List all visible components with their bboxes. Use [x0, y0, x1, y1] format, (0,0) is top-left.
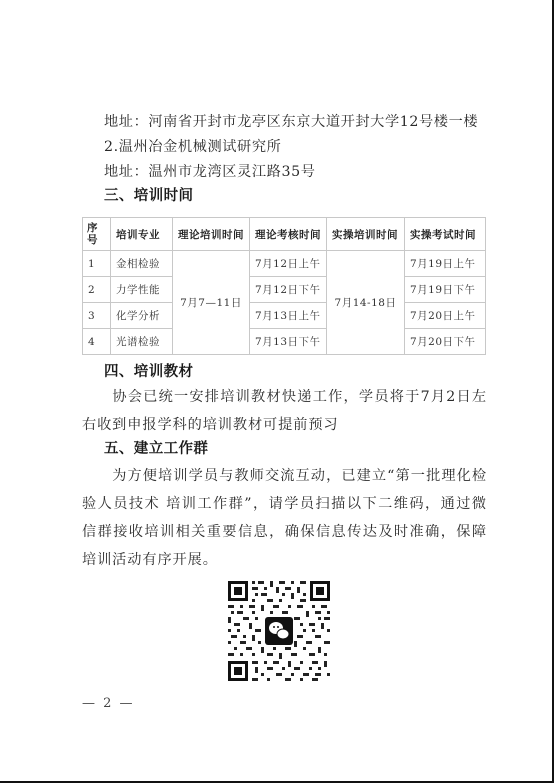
header-seq: 序号: [83, 218, 111, 251]
cell-theory-exam: 7月13日下午: [250, 329, 327, 355]
header-practical-training: 实操培训时间: [327, 218, 405, 251]
section-5-body: 为方便培训学员与教师交流互动，已建立“第一批理化检验人员技术 培训工作群”，请学…: [82, 462, 487, 574]
cell-practical-exam: 7月19日下午: [405, 277, 486, 303]
cell-practical-exam: 7月20日下午: [405, 329, 486, 355]
header-theory-exam: 理论考核时间: [250, 218, 327, 251]
address-line-1: 地址：河南省开封市龙亭区东京大道开封大学12号楼一楼: [104, 112, 478, 132]
wechat-qr-code-icon: [222, 576, 336, 686]
section-4-heading: 四、培训教材: [104, 362, 193, 382]
cell-practical-training-merged: 7月14-18日: [327, 251, 405, 355]
cell-theory-training-merged: 7月7—11日: [173, 251, 250, 355]
section-4-text: 协会已统一安排培训教材快递工作，学员将于7月2日左右收到申报学科的培训教材可提前…: [82, 389, 487, 433]
table-row: 2 力学性能 7月12日下午 7月19日下午: [83, 277, 486, 303]
page-number: — 2 —: [82, 696, 135, 711]
cell-subject: 光谱检验: [111, 329, 173, 355]
cell-theory-exam: 7月13日上午: [250, 303, 327, 329]
cell-theory-exam: 7月12日上午: [250, 251, 327, 277]
organization-2-name: 2.温州冶金机械测试研究所: [104, 137, 281, 157]
section-3-heading: 三、培训时间: [104, 186, 193, 206]
cell-theory-exam: 7月12日下午: [250, 277, 327, 303]
cell-subject: 力学性能: [111, 277, 173, 303]
table-row: 3 化学分析 7月13日上午 7月20日上午: [83, 303, 486, 329]
cell-practical-exam: 7月19日上午: [405, 251, 486, 277]
header-theory-training: 理论培训时间: [173, 218, 250, 251]
cell-subject: 金相检验: [111, 251, 173, 277]
document-page: 地址：河南省开封市龙亭区东京大道开封大学12号楼一楼 2.温州冶金机械测试研究所…: [0, 0, 554, 783]
header-practical-exam: 实操考试时间: [405, 218, 486, 251]
cell-practical-exam: 7月20日上午: [405, 303, 486, 329]
section-4-body: 协会已统一安排培训教材快递工作，学员将于7月2日左右收到申报学科的培训教材可提前…: [82, 383, 487, 439]
cell-no: 2: [83, 277, 111, 303]
cell-no: 1: [83, 251, 111, 277]
header-subject: 培训专业: [111, 218, 173, 251]
cell-subject: 化学分析: [111, 303, 173, 329]
section-5-heading: 五、建立工作群: [104, 439, 208, 459]
cell-no: 4: [83, 329, 111, 355]
table-row: 1 金相检验 7月7—11日 7月12日上午 7月14-18日 7月19日上午: [83, 251, 486, 277]
address-line-2: 地址：温州市龙湾区灵江路35号: [104, 162, 316, 182]
section-5-text: 为方便培训学员与教师交流互动，已建立“第一批理化检验人员技术 培训工作群”，请学…: [82, 468, 487, 568]
cell-no: 3: [83, 303, 111, 329]
training-schedule-table: 序号 培训专业 理论培训时间 理论考核时间 实操培训时间 实操考试时间 1 金相…: [82, 217, 486, 355]
table-header-row: 序号 培训专业 理论培训时间 理论考核时间 实操培训时间 实操考试时间: [83, 218, 486, 251]
table-row: 4 光谱检验 7月13日下午 7月20日下午: [83, 329, 486, 355]
